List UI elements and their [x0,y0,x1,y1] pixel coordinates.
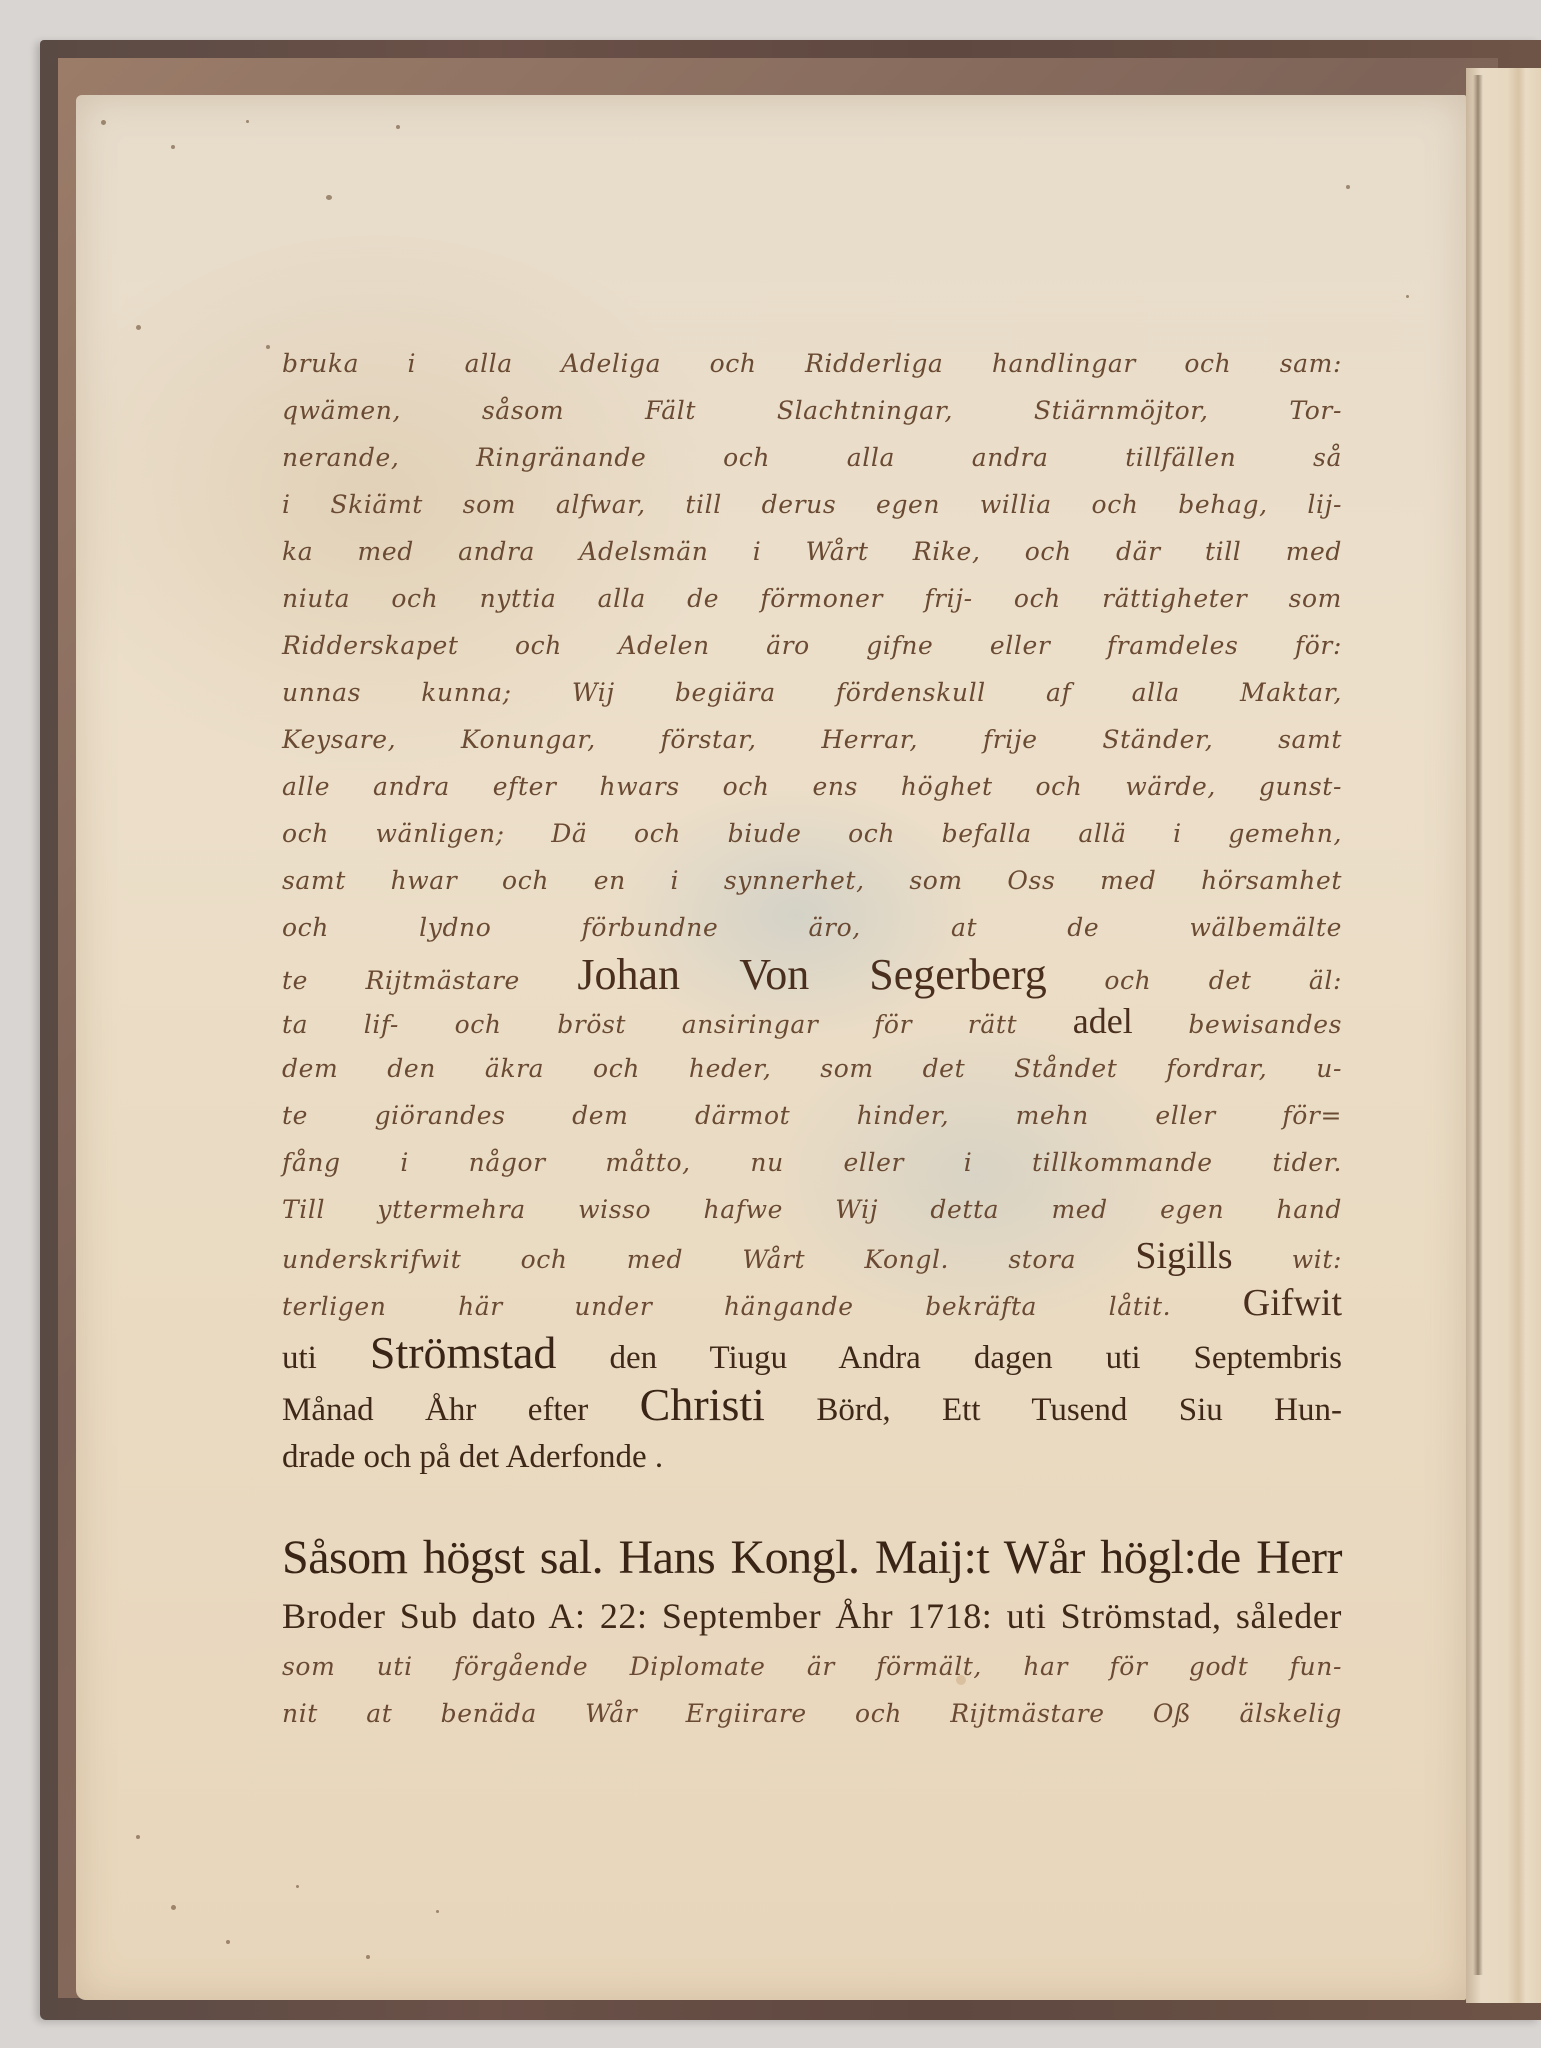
text-line: nit at benäda Wår Ergiirare och Rijtmäst… [282,1690,1342,1737]
text-line: fång i någor måtto, nu eller i tillkomma… [282,1139,1342,1186]
text-line-with-given: terligen här under hängande bekräfta låt… [282,1280,1342,1327]
gifwit-word: Gifwit [1243,1282,1342,1324]
christi-word: Christi [640,1379,765,1430]
text-line: Keysare, Konungar, förstar, Herrar, frij… [282,716,1342,763]
foxing-speck [436,1910,439,1913]
foxing-speck [101,120,106,125]
foxing-speck [246,120,249,123]
text-line-with-name: te Rijtmästare Johan Von Segerberg och d… [282,951,1342,998]
text-line: niuta och nyttia alla de förmoner frij- … [282,575,1342,622]
nobleman-name: Johan Von Segerberg [577,950,1046,999]
foxing-speck [326,195,332,200]
text-line: Ridderskapet och Adelen äro gifne eller … [282,622,1342,669]
page-gutter [1473,75,1483,1975]
text-line: unnas kunna; Wij begiära fördenskull af … [282,669,1342,716]
text-line: och wänligen; Dä och biude och befalla a… [282,810,1342,857]
text-line: te giörandes dem därmot hinder, mehn ell… [282,1092,1342,1139]
text-line: samt hwar och en i synnerhet, som Oss me… [282,857,1342,904]
text-line: som uti förgående Diplomate är förmält, … [282,1643,1342,1690]
foxing-speck [171,145,175,149]
adel-word: adel [1073,1001,1133,1041]
foxing-speck [266,345,270,349]
text-line: ka med andra Adelsmän i Wårt Rike, och d… [282,528,1342,575]
foxing-speck [171,1905,176,1910]
foxing-speck [296,1885,299,1888]
section-heading: Såsom högst sal. Hans Kongl. Maij:t Wår … [282,1527,1342,1589]
text-line: bruka i alla Adeliga och Ridderliga hand… [282,340,1342,387]
text-line: Broder Sub dato A: 22: September Åhr 171… [282,1589,1342,1643]
foxing-speck [1406,295,1409,298]
foxing-speck [136,325,141,330]
text-line: och lydno förbundne äro, at de wälbemält… [282,904,1342,951]
dating-line: drade och på det Aderfonde . [282,1431,1342,1483]
foxing-speck [136,1835,140,1839]
foxing-speck [226,1940,230,1944]
text-line: Till yttermehra wisso hafwe Wij detta me… [282,1186,1342,1233]
foxing-speck [366,1955,370,1959]
place-name: Strömstad [370,1327,557,1378]
dating-line: Månad Åhr efter Christi Börd, Ett Tusend… [282,1379,1342,1431]
dating-line: uti Strömstad den Tiugu Andra dagen uti … [282,1327,1342,1379]
text-line: dem den äkra och heder, som det Ståndet … [282,1045,1342,1092]
text-line: alle andra efter hwars och ens höghet oc… [282,763,1342,810]
text-line: i Skiämt som alfwar, till derus egen wil… [282,481,1342,528]
foxing-speck [1346,185,1350,189]
manuscript-text: bruka i alla Adeliga och Ridderliga hand… [282,340,1342,1737]
foxing-speck [396,125,400,129]
text-line-with-adel: ta lif- och bröst ansiringar för rätt ad… [282,998,1342,1045]
sigills-word: Sigills [1135,1235,1232,1277]
text-line-with-seal: underskrifwit och med Wårt Kongl. stora … [282,1233,1342,1280]
text-line: qwämen, såsom Fält Slachtningar, Stiärnm… [282,387,1342,434]
text-line: nerande, Ringränande och alla andra till… [282,434,1342,481]
section-gap [282,1483,1342,1527]
